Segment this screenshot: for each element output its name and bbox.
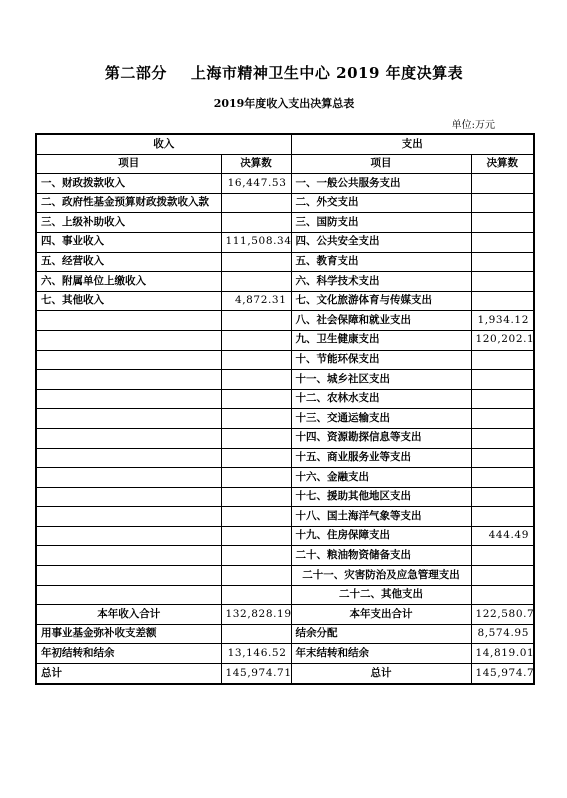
expense-item-column-header: 项目 bbox=[291, 154, 471, 174]
expense-amount-cell bbox=[471, 448, 534, 468]
income-item-cell bbox=[36, 448, 221, 468]
table-body: 一、财政拨款收入16,447.53一、一般公共服务支出二、政府性基金预算财政拨款… bbox=[36, 174, 534, 684]
page-title-part-label: 第二部分 bbox=[105, 64, 167, 82]
income-item-cell bbox=[36, 526, 221, 546]
table-row: 八、社会保障和就业支出1,934.12 bbox=[36, 311, 534, 331]
table-row: 十一、城乡社区支出 bbox=[36, 370, 534, 390]
table-row: 一、财政拨款收入16,447.53一、一般公共服务支出 bbox=[36, 174, 534, 194]
table-row: 九、卫生健康支出120,202.14 bbox=[36, 330, 534, 350]
expense-amount-cell bbox=[471, 272, 534, 292]
income-amount-column-header: 决算数 bbox=[221, 154, 291, 174]
expense-item-cell: 结余分配 bbox=[291, 624, 471, 644]
expense-item-cell: 三、国防支出 bbox=[291, 213, 471, 233]
table-row: 七、其他收入4,872.31七、文化旅游体育与传媒支出 bbox=[36, 291, 534, 311]
income-amount-cell: 111,508.34 bbox=[221, 232, 291, 252]
expense-item-cell: 十三、交通运输支出 bbox=[291, 409, 471, 429]
expense-item-cell: 十、节能环保支出 bbox=[291, 350, 471, 370]
income-item-cell: 总计 bbox=[36, 664, 221, 684]
table-row: 十四、资源勘探信息等支出 bbox=[36, 428, 534, 448]
expense-amount-cell bbox=[471, 174, 534, 194]
income-amount-cell: 16,447.53 bbox=[221, 174, 291, 194]
table-row: 十、节能环保支出 bbox=[36, 350, 534, 370]
expense-amount-cell: 120,202.14 bbox=[471, 330, 534, 350]
income-amount-cell bbox=[221, 330, 291, 350]
table-row: 二十二、其他支出 bbox=[36, 585, 534, 605]
expense-item-cell: 十六、金融支出 bbox=[291, 468, 471, 488]
table-row: 二、政府性基金预算财政拨款收入款二、外交支出 bbox=[36, 193, 534, 213]
table-row: 十三、交通运输支出 bbox=[36, 409, 534, 429]
expense-amount-cell bbox=[471, 468, 534, 488]
income-item-cell: 六、附属单位上缴收入 bbox=[36, 272, 221, 292]
expense-amount-cell bbox=[471, 350, 534, 370]
income-item-cell: 二、政府性基金预算财政拨款收入款 bbox=[36, 193, 221, 213]
expense-item-cell: 五、教育支出 bbox=[291, 252, 471, 272]
expense-amount-cell: 145,974.71 bbox=[471, 664, 534, 684]
table-subtitle: 2019年度收入支出决算总表 bbox=[35, 95, 533, 111]
income-item-cell: 四、事业收入 bbox=[36, 232, 221, 252]
expense-amount-cell bbox=[471, 232, 534, 252]
expense-item-cell: 十七、援助其他地区支出 bbox=[291, 487, 471, 507]
expense-amount-cell: 14,819.01 bbox=[471, 644, 534, 664]
table-row: 三、上级补助收入三、国防支出 bbox=[36, 213, 534, 233]
income-item-cell: 三、上级补助收入 bbox=[36, 213, 221, 233]
income-item-cell bbox=[36, 566, 221, 586]
income-amount-cell: 145,974.71 bbox=[221, 664, 291, 684]
expense-amount-cell: 122,580.75 bbox=[471, 605, 534, 625]
income-amount-cell bbox=[221, 468, 291, 488]
income-item-cell bbox=[36, 350, 221, 370]
table-row: 二十一、灾害防治及应急管理支出 bbox=[36, 566, 534, 586]
income-item-cell: 五、经营收入 bbox=[36, 252, 221, 272]
expense-item-cell: 九、卫生健康支出 bbox=[291, 330, 471, 350]
expense-item-cell: 一、一般公共服务支出 bbox=[291, 174, 471, 194]
expense-item-cell: 总计 bbox=[291, 664, 471, 684]
income-amount-cell bbox=[221, 350, 291, 370]
expense-item-cell: 十二、农林水支出 bbox=[291, 389, 471, 409]
expense-section-header: 支出 bbox=[291, 134, 534, 154]
expense-item-cell: 十四、资源勘探信息等支出 bbox=[291, 428, 471, 448]
income-item-cell bbox=[36, 585, 221, 605]
expense-item-cell: 十一、城乡社区支出 bbox=[291, 370, 471, 390]
income-item-cell: 七、其他收入 bbox=[36, 291, 221, 311]
expense-amount-cell bbox=[471, 428, 534, 448]
expense-item-cell: 年末结转和结余 bbox=[291, 644, 471, 664]
income-amount-cell bbox=[221, 272, 291, 292]
income-amount-cell bbox=[221, 546, 291, 566]
income-item-cell: 一、财政拨款收入 bbox=[36, 174, 221, 194]
unit-label: 单位:万元 bbox=[35, 116, 533, 131]
expense-amount-cell: 1,934.12 bbox=[471, 311, 534, 331]
expense-amount-cell bbox=[471, 291, 534, 311]
expense-amount-cell bbox=[471, 252, 534, 272]
income-item-cell bbox=[36, 428, 221, 448]
income-amount-cell bbox=[221, 370, 291, 390]
table-row: 十二、农林水支出 bbox=[36, 389, 534, 409]
expense-amount-cell bbox=[471, 213, 534, 233]
expense-amount-cell bbox=[471, 507, 534, 527]
expense-item-cell: 二、外交支出 bbox=[291, 193, 471, 213]
income-item-cell bbox=[36, 409, 221, 429]
income-item-cell bbox=[36, 311, 221, 331]
table-row: 十八、国土海洋气象等支出 bbox=[36, 507, 534, 527]
income-item-cell bbox=[36, 330, 221, 350]
table-row: 用事业基金弥补收支差额结余分配8,574.95 bbox=[36, 624, 534, 644]
table-row: 本年收入合计132,828.19本年支出合计122,580.75 bbox=[36, 605, 534, 625]
table-row: 总计145,974.71总计145,974.71 bbox=[36, 664, 534, 684]
income-amount-cell bbox=[221, 566, 291, 586]
income-amount-cell bbox=[221, 526, 291, 546]
expense-amount-cell: 8,574.95 bbox=[471, 624, 534, 644]
income-amount-cell bbox=[221, 389, 291, 409]
expense-item-cell: 八、社会保障和就业支出 bbox=[291, 311, 471, 331]
column-header-row: 项目 决算数 项目 决算数 bbox=[36, 154, 534, 174]
expense-amount-cell bbox=[471, 585, 534, 605]
income-amount-cell bbox=[221, 311, 291, 331]
expense-amount-cell bbox=[471, 409, 534, 429]
table-row: 十九、住房保障支出444.49 bbox=[36, 526, 534, 546]
expense-item-cell: 四、公共安全支出 bbox=[291, 232, 471, 252]
table-row: 十七、援助其他地区支出 bbox=[36, 487, 534, 507]
income-amount-cell bbox=[221, 428, 291, 448]
table-row: 五、经营收入五、教育支出 bbox=[36, 252, 534, 272]
table-row: 十五、商业服务业等支出 bbox=[36, 448, 534, 468]
expense-amount-cell bbox=[471, 487, 534, 507]
income-section-header: 收入 bbox=[36, 134, 291, 154]
income-amount-cell bbox=[221, 448, 291, 468]
income-amount-cell: 132,828.19 bbox=[221, 605, 291, 625]
expense-item-cell: 二十一、灾害防治及应急管理支出 bbox=[291, 566, 471, 586]
income-amount-cell: 13,146.52 bbox=[221, 644, 291, 664]
expense-item-cell: 二十、粮油物资储备支出 bbox=[291, 546, 471, 566]
table-row: 四、事业收入111,508.34四、公共安全支出 bbox=[36, 232, 534, 252]
expense-amount-cell: 444.49 bbox=[471, 526, 534, 546]
income-amount-cell bbox=[221, 487, 291, 507]
income-item-cell bbox=[36, 546, 221, 566]
income-item-cell bbox=[36, 507, 221, 527]
budget-table: 收入 支出 项目 决算数 项目 决算数 一、财政拨款收入16,447.53一、一… bbox=[35, 133, 535, 685]
table-row: 十六、金融支出 bbox=[36, 468, 534, 488]
expense-item-cell: 十八、国土海洋气象等支出 bbox=[291, 507, 471, 527]
income-amount-cell bbox=[221, 624, 291, 644]
income-item-cell bbox=[36, 389, 221, 409]
page-title: 第二部分上海市精神卫生中心 2019 年度决算表 bbox=[35, 0, 533, 83]
table-row: 年初结转和结余13,146.52年末结转和结余14,819.01 bbox=[36, 644, 534, 664]
expense-item-cell: 二十二、其他支出 bbox=[291, 585, 471, 605]
income-item-cell: 本年收入合计 bbox=[36, 605, 221, 625]
income-amount-cell: 4,872.31 bbox=[221, 291, 291, 311]
document-content: 第二部分上海市精神卫生中心 2019 年度决算表 2019年度收入支出决算总表 … bbox=[35, 0, 533, 685]
income-item-column-header: 项目 bbox=[36, 154, 221, 174]
expense-item-cell: 十五、商业服务业等支出 bbox=[291, 448, 471, 468]
expense-item-cell: 十九、住房保障支出 bbox=[291, 526, 471, 546]
expense-amount-cell bbox=[471, 566, 534, 586]
document-page: 第二部分上海市精神卫生中心 2019 年度决算表 2019年度收入支出决算总表 … bbox=[0, 0, 567, 798]
income-item-cell: 年初结转和结余 bbox=[36, 644, 221, 664]
expense-item-cell: 六、科学技术支出 bbox=[291, 272, 471, 292]
income-item-cell: 用事业基金弥补收支差额 bbox=[36, 624, 221, 644]
income-item-cell bbox=[36, 468, 221, 488]
table-row: 二十、粮油物资储备支出 bbox=[36, 546, 534, 566]
income-amount-cell bbox=[221, 193, 291, 213]
section-header-row: 收入 支出 bbox=[36, 134, 534, 154]
expense-amount-cell bbox=[471, 370, 534, 390]
income-item-cell bbox=[36, 487, 221, 507]
expense-amount-cell bbox=[471, 546, 534, 566]
table-row: 六、附属单位上缴收入六、科学技术支出 bbox=[36, 272, 534, 292]
income-item-cell bbox=[36, 370, 221, 390]
expense-amount-column-header: 决算数 bbox=[471, 154, 534, 174]
income-amount-cell bbox=[221, 585, 291, 605]
income-amount-cell bbox=[221, 507, 291, 527]
page-title-main-label: 上海市精神卫生中心 2019 年度决算表 bbox=[191, 64, 463, 82]
income-amount-cell bbox=[221, 409, 291, 429]
income-amount-cell bbox=[221, 252, 291, 272]
expense-item-cell: 七、文化旅游体育与传媒支出 bbox=[291, 291, 471, 311]
expense-item-cell: 本年支出合计 bbox=[291, 605, 471, 625]
income-amount-cell bbox=[221, 213, 291, 233]
expense-amount-cell bbox=[471, 193, 534, 213]
expense-amount-cell bbox=[471, 389, 534, 409]
